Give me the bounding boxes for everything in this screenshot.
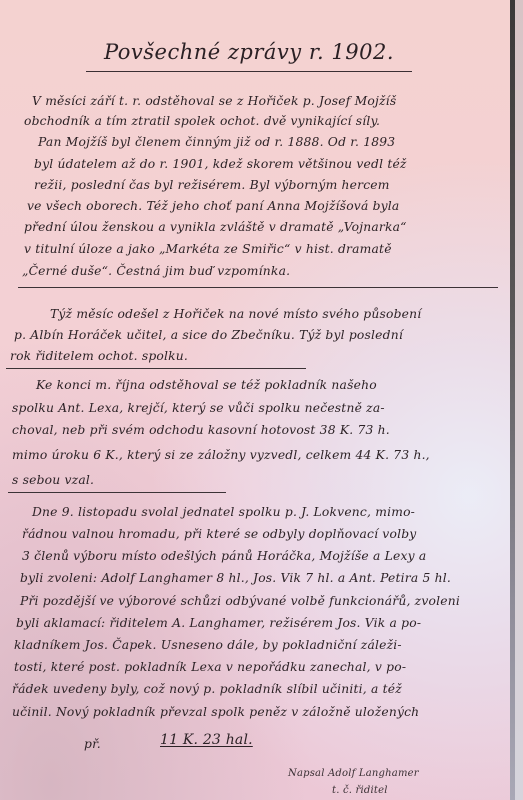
text-line: obchodník a tím ztratil spolek ochot. dv… [24, 114, 380, 128]
page-title: Povšechné zprávy r. 1902. [86, 40, 412, 64]
text-line: Týž měsíc odešel z Hořiček na nové místo… [50, 307, 421, 321]
text-line: řádnou valnou hromadu, při které se odby… [22, 527, 416, 541]
section-divider [8, 492, 226, 493]
page-edge [515, 0, 523, 800]
text-line: spolku Ant. Lexa, krejčí, který se vůči … [12, 401, 385, 415]
text-line: ve všech oborech. Též jeho choť paní Ann… [27, 199, 399, 213]
text-line: učinil. Nový pokladník převzal spolk pen… [12, 705, 419, 719]
text-line: Při pozdější ve výborové schůzi odbývané… [20, 594, 460, 608]
text-line: tosti, které post. pokladník Lexa v nepo… [14, 660, 406, 674]
text-line: kladníkem Jos. Čapek. Usneseno dále, by … [14, 638, 402, 652]
text-line: „Černé duše“. Čestná jim buď vzpomínka. [22, 264, 290, 278]
text-line: choval, neb při svém odchodu kasovní hot… [12, 423, 390, 437]
signature-title: t. č. řiditel [332, 784, 388, 798]
manuscript-page: Povšechné zprávy r. 1902. V měsíci září … [0, 0, 510, 800]
text-line: mimo úroku 6 K., který si ze záložny vyz… [12, 448, 430, 462]
text-line: v titulní úloze a jako „Markéta ze Smiři… [24, 242, 392, 256]
section-divider [6, 368, 306, 369]
text-line: Pan Mojžíš byl členem činným již od r. 1… [38, 135, 395, 149]
text-line: režii, poslední čas byl režisérem. Byl v… [34, 178, 390, 192]
text-line: rok řiditelem ochot. spolku. [10, 349, 188, 363]
text-line: byl údatelem až do r. 1901, kdež skorem … [34, 157, 407, 171]
text-line: V měsíci září t. r. odstěhoval se z Hoři… [32, 94, 396, 108]
amount-total: 11 K. 23 hal. [160, 733, 253, 747]
text-line: p. Albín Horáček učitel, a sice do Zbečn… [14, 328, 403, 342]
amount-prefix: př. [84, 737, 101, 751]
text-line: byli aklamací: řiditelem A. Langhamer, r… [16, 616, 421, 630]
text-line: s sebou vzal. [12, 473, 94, 487]
text-line: přední úlou ženskou a vynikla zvláště v … [24, 220, 407, 234]
title-underline [86, 71, 412, 72]
text-line: řádek uvedeny byly, což nový p. pokladní… [12, 682, 402, 696]
text-line: 3 členů výboru místo odešlých pánů Horáč… [22, 549, 426, 563]
text-line: byli zvoleni: Adolf Langhamer 8 hl., Jos… [20, 571, 451, 585]
text-line: Ke konci m. října odstěhoval se též pokl… [36, 378, 377, 392]
text-line: Dne 9. listopadu svolal jednatel spolku … [32, 505, 415, 519]
signature-name: Napsal Adolf Langhamer [288, 767, 419, 781]
section-divider [18, 287, 498, 288]
